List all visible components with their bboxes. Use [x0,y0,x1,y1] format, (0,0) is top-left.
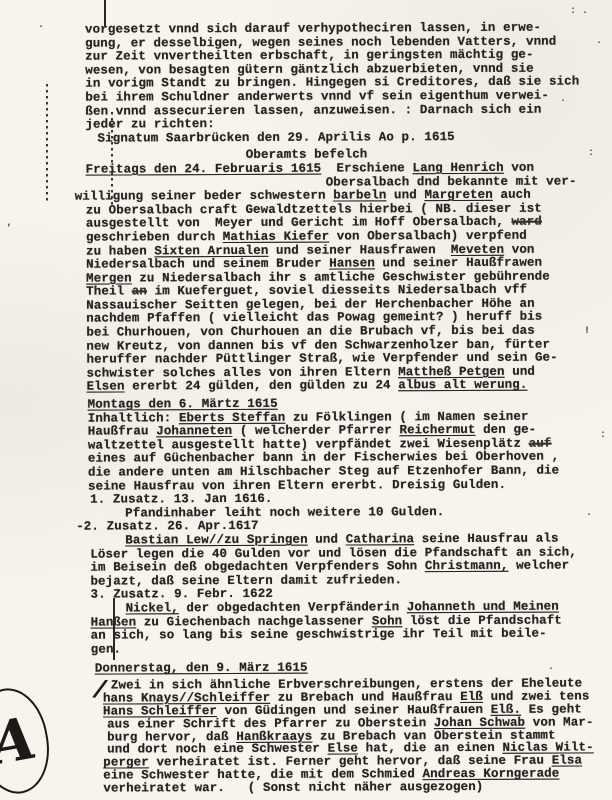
text-line: Elsen ererbt 24 gülden, den gülden zu 24… [87,379,612,395]
text-segment: den ge- [475,423,536,437]
text-segment: von [504,242,534,256]
underlined-text: Meveten [451,242,504,256]
text-segment: Haußfrau [88,425,156,439]
text-segment: und [308,532,346,546]
text-line: gen. [91,641,612,657]
entry-donnerstag-paragraph: Zwei in sich ähnliche Erbverschreibungen… [103,677,612,795]
text-segment: und seiner Haußfrawen [375,256,542,271]
text-line: Signatum Saarbrücken den 29. Aprilis Ao … [97,130,612,146]
underlined-text: Elsa [552,754,582,768]
text-segment: von Obersalbach) verpfend [329,229,527,244]
text-line: verheiratet war. ( Sonst nicht näher aus… [103,780,612,795]
underlined-text: Andreas Korngerade [423,767,560,782]
underlined-text: Sixten Arnualen [154,243,268,257]
text-segment: zu haben [86,244,154,258]
underlined-text: Lang Henrich [412,161,503,175]
struck-text: ward [512,215,542,229]
underlined-text: Hansen [329,256,375,270]
underlined-text: Catharina [346,532,414,546]
text-segment: der obgedachten Verpfänderin [179,600,407,615]
text-segment: 1. Zusatz. 13. Jan 1616. [90,492,272,507]
text-segment: verheiratet war. ( Sonst nicht näher aus… [103,780,483,796]
text-segment: von [504,161,534,175]
entry-freitag-24-februar-1615: Freitags den 24. Februaris 1615 Erschien… [86,161,612,394]
intro-paragraph: vorgesetzt vnnd sich darauf verhypotheci… [85,21,612,146]
underlined-text: Freitags den 24. Februaris 1615 [86,162,322,177]
underlined-text: Mattheß Petgen [398,365,504,379]
text-segment: ( welcherder Pfarrer [232,423,399,438]
scanned-document-page: vorgesetzt vnnd sich darauf verhypotheci… [0,0,612,800]
text-segment: Oberamts befelch [246,148,368,163]
text-segment: seine Hausfrau von ihren Eltern ererbt. … [88,477,506,493]
struck-text: an [132,285,147,299]
text-segment: gen. [91,642,121,656]
text-segment: löst die Pfandschaft [402,613,562,628]
underlined-text: Mergen [86,271,132,285]
document-text: vorgesetzt vnnd sich darauf verhypotheci… [0,21,612,796]
underlined-text: Eberts Steffan [179,410,285,424]
text-segment: von Mar- [525,715,593,729]
text-segment: Pfandinhaber leiht noch weitere 10 Gulde… [125,505,444,520]
text-segment: bejazt, daß seine Eltern damit zufrieden… [90,573,402,588]
underlined-text: Christmann, [425,559,509,573]
text-segment: Erschiene [321,161,412,175]
text-line: an sich, so lang bis seine geschwistrige… [91,627,612,643]
entry-montag-6-maerz-1615: Montags den 6. Märtz 1615Inhaltlich: Ebe… [88,396,612,493]
underlined-text: Sohn [372,614,402,628]
underlined-text: albus alt werung. [398,378,527,393]
text-segment: welcher [508,559,569,573]
underlined-text: Margreten [424,188,492,202]
text-segment: 3. Zusatz. 9. Febr. 1622 [90,587,272,602]
text-segment: jeder zu richten: [85,117,214,132]
text-segment: Signatum Saarbrücken den 29. Aprilis Ao … [97,130,454,146]
text-segment: und [505,365,535,379]
text-segment: seine Hausfrau als [414,532,558,547]
underlined-text: Donnerstag, den 9. März 1615 [95,661,308,676]
underlined-text: Bastian Lew//zu Springen [125,533,307,548]
text-segment: und [386,188,424,202]
text-line: ßen vnnd assecurieren lassen, anzuweisen… [85,103,612,119]
text-segment: und seiner Hausfrawen [268,243,450,258]
underlined-text: Mathias Kiefer [223,229,329,243]
underlined-text: barbeln [333,188,386,202]
text-segment: auch [493,188,531,202]
zusatz-list: 1. Zusatz. 13. Jan 1616.Pfandinhaber lei… [90,492,612,657]
struck-text: auf [529,436,552,450]
underlined-text: Reichermut [399,423,475,437]
text-segment: ßen vnnd assecurieren lassen, anzuweisen… [85,102,541,118]
text-segment: an sich, so lang bis seine geschwistrige… [91,627,547,643]
underlined-text: Hanßen [91,615,137,629]
underlined-text: Nickel, [126,601,179,615]
text-line: Donnerstag, den 9. März 1615 [95,661,612,677]
text-segment: ererbt 24 gülden, den gülden zu 24 [125,379,399,394]
text-segment: -2. Zusatz. 26. Apr.1617 [76,519,258,534]
underlined-text: Johanneten [156,424,232,438]
text-segment: Inhaltlich: [88,411,179,425]
scan-speck: : . [570,6,588,17]
underlined-text: Johanneth und Meinen [407,600,559,615]
entry-donnerstag-9-maerz-1615-heading: Donnerstag, den 9. März 1615 [95,661,612,677]
underlined-text: Montags den 6. Märtz 1615 [88,397,278,412]
underlined-text: Elsen [87,380,125,394]
text-segment: geschrieben durch [86,230,223,245]
text-segment: Obersalbach dnd bekannte mit ver- [326,174,577,189]
text-segment: Theil [86,285,132,299]
